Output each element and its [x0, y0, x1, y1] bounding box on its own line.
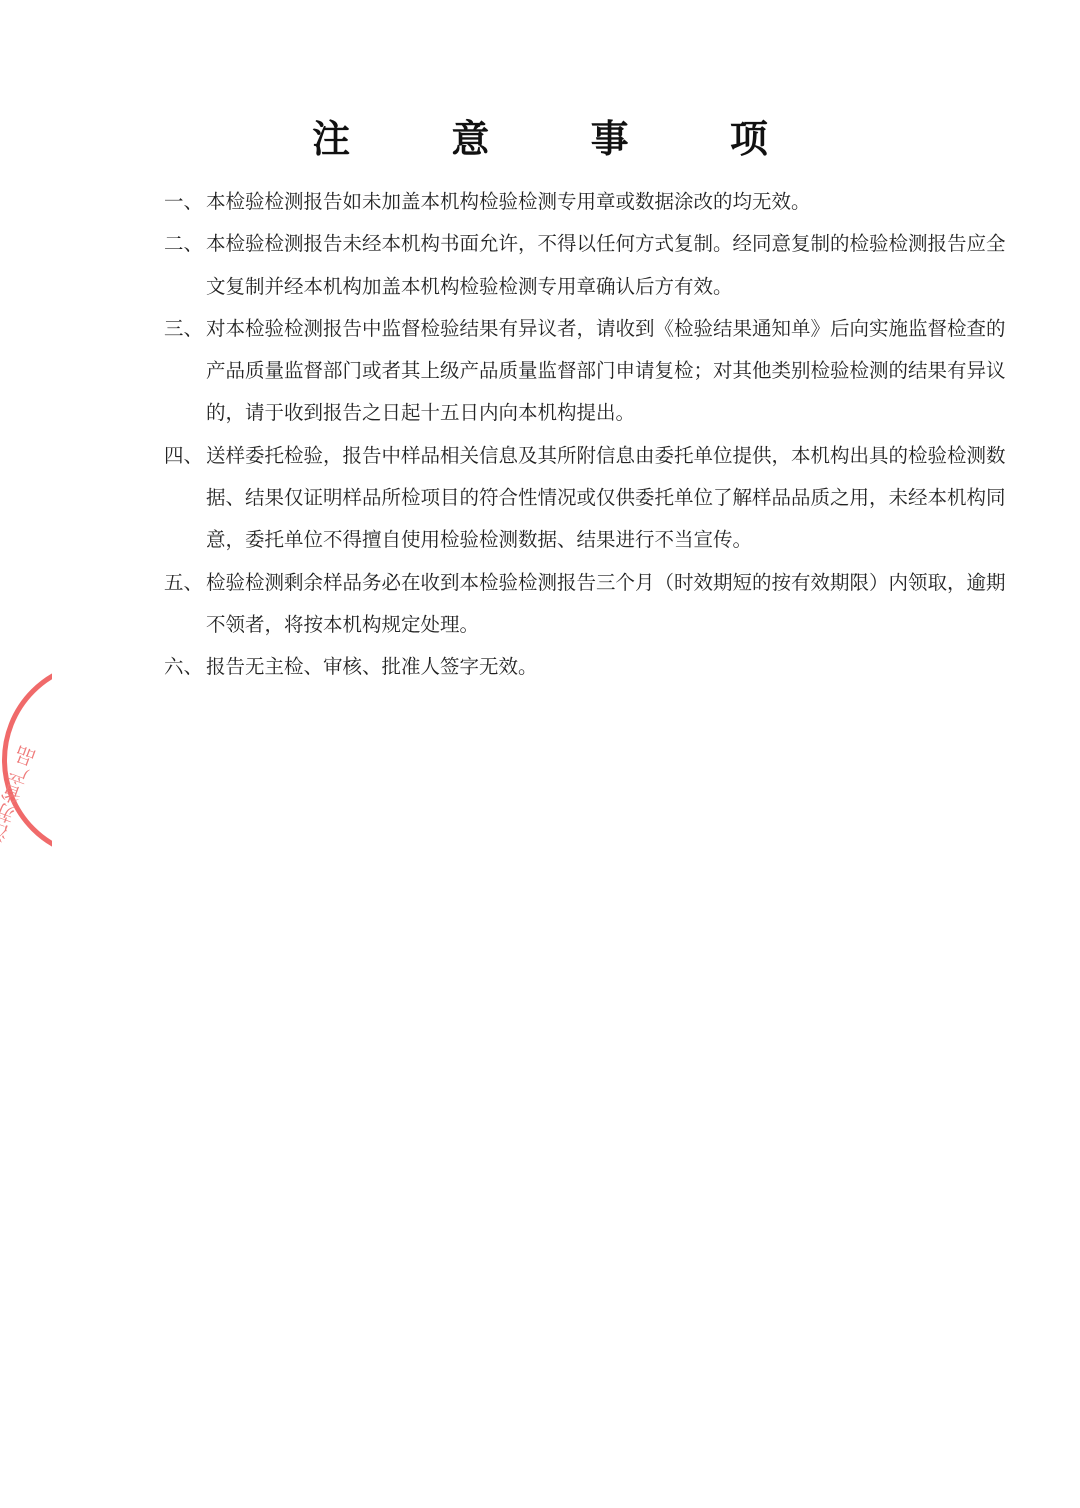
notice-text: 对本检验检测报告中监督检验结果有异议者，请收到《检验结果通知单》后向实施监督检查…	[164, 308, 1009, 435]
notice-text: 本检验检测报告未经本机构书面允许，不得以任何方式复制。经同意复制的检验检测报告应…	[164, 223, 1009, 308]
notice-item: 五、 检验检测剩余样品务必在收到本检验检测报告三个月（时效期短的按有效期限）内领…	[164, 562, 1009, 647]
notice-item: 三、 对本检验检测报告中监督检验结果有异议者，请收到《检验结果通知单》后向实施监…	[164, 308, 1009, 435]
notice-number: 二、	[164, 223, 203, 265]
notice-item: 一、 本检验检测报告如未加盖本机构检验检测专用章或数据涂改的均无效。	[164, 181, 1009, 223]
notice-item: 二、 本检验检测报告未经本机构书面允许，不得以任何方式复制。经同意复制的检验检测…	[164, 223, 1009, 308]
notice-text: 送样委托检验，报告中样品相关信息及其所附信息由委托单位提供，本机构出具的检验检测…	[164, 435, 1009, 562]
page-title: 注 意 事 项	[0, 108, 1080, 163]
notice-number: 三、	[164, 308, 203, 350]
notice-number: 六、	[164, 646, 203, 688]
notice-number: 四、	[164, 435, 203, 477]
document-page: 注 意 事 项 一、 本检验检测报告如未加盖本机构检验检测专用章或数据涂改的均无…	[0, 0, 1080, 1508]
notice-item: 六、 报告无主检、审核、批准人签字无效。	[164, 646, 1009, 688]
notice-number: 五、	[164, 562, 203, 604]
notice-list: 一、 本检验检测报告如未加盖本机构检验检测专用章或数据涂改的均无效。 二、 本检…	[164, 181, 1009, 689]
notice-text: 报告无主检、审核、批准人签字无效。	[164, 646, 1009, 688]
official-seal: 江苏省产品	[0, 660, 52, 860]
notice-number: 一、	[164, 181, 203, 223]
notice-text: 本检验检测报告如未加盖本机构检验检测专用章或数据涂改的均无效。	[164, 181, 1009, 223]
notice-item: 四、 送样委托检验，报告中样品相关信息及其所附信息由委托单位提供，本机构出具的检…	[164, 435, 1009, 562]
notice-text: 检验检测剩余样品务必在收到本检验检测报告三个月（时效期短的按有效期限）内领取，逾…	[164, 562, 1009, 647]
